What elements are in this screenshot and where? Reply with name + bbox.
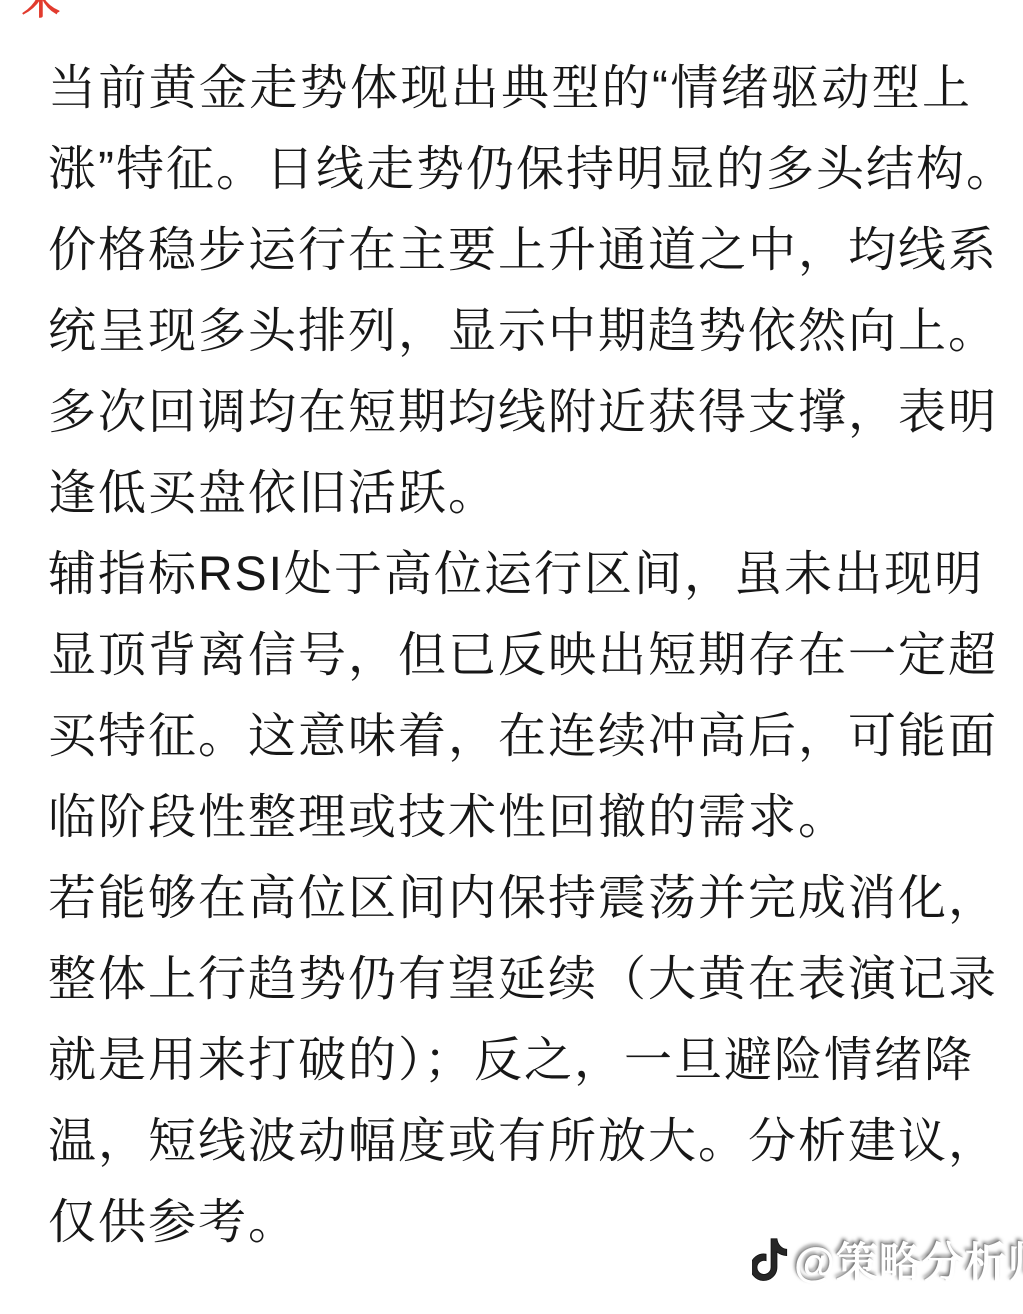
text-line: 就是用来打破的）；反之，一旦避险情绪降 — [48, 1020, 972, 1101]
cropped-red-mark: 米 — [22, 0, 62, 25]
text-line: 显顶背离信号，但已反映出短期存在一定超 — [48, 615, 972, 696]
text-line: 多次回调均在短期均线附近获得支撑，表明 — [48, 372, 972, 453]
post-page: 米 当前黄金走势体现出典型的“情绪驱动型上涨”特征。日线走势仍保持明显的多头结构… — [0, 0, 1023, 1314]
watermark-handle: @策略分析师 — [794, 1230, 1023, 1290]
text-line: 临阶段性整理或技术性回撤的需求。 — [48, 777, 972, 858]
article-text: 当前黄金走势体现出典型的“情绪驱动型上涨”特征。日线走势仍保持明显的多头结构。价… — [48, 48, 972, 1263]
text-line: 涨”特征。日线走势仍保持明显的多头结构。 — [48, 129, 972, 210]
watermark: @策略分析师 — [752, 1230, 1023, 1290]
text-line: 价格稳步运行在主要上升通道之中，均线系 — [48, 210, 972, 291]
text-line: 统呈现多头排列，显示中期趋势依然向上。 — [48, 291, 972, 372]
text-line: 辅指标RSI处于高位运行区间，虽未出现明 — [48, 534, 972, 615]
text-line: 当前黄金走势体现出典型的“情绪驱动型上 — [48, 48, 972, 129]
text-line: 温，短线波动幅度或有所放大。分析建议， — [48, 1101, 972, 1182]
text-line: 若能够在高位区间内保持震荡并完成消化， — [48, 858, 972, 939]
douyin-note-icon — [752, 1236, 788, 1284]
text-line: 整体上行趋势仍有望延续（大黄在表演记录 — [48, 939, 972, 1020]
text-line: 逢低买盘依旧活跃。 — [48, 453, 972, 534]
cropped-red-char: 米 — [22, 0, 62, 21]
text-line: 买特征。这意味着，在连续冲高后，可能面 — [48, 696, 972, 777]
